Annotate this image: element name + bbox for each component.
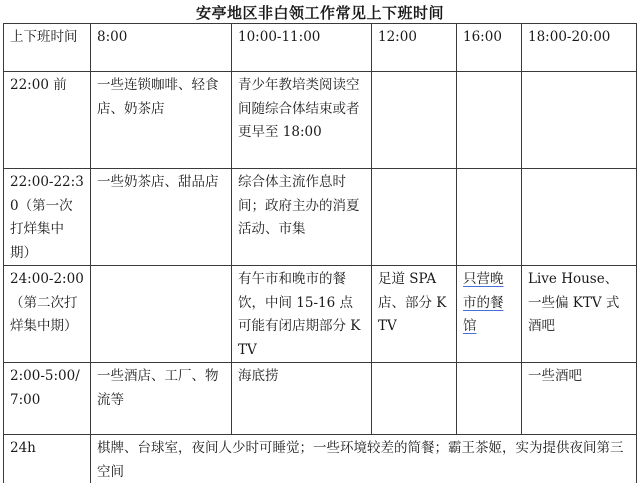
table-cell: 综合体主流作息时间；政府主办的消夏活动、市集 [232, 169, 372, 266]
row-time-cell: 24h [4, 435, 91, 483]
table-cell [457, 72, 522, 169]
table-cell: 有午市和晚市的餐饮，中间 15-16 点可能有闭店期部分 KTV [232, 266, 372, 363]
table-cell [522, 169, 637, 266]
table-header-row: 上下班时间 8:00 10:00-11:00 12:00 16:00 18:00… [4, 24, 637, 72]
row-time-cell: 22:00-22:30（第一次打烊集中期） [4, 169, 91, 266]
header-cell: 18:00-20:00 [522, 24, 637, 72]
row-time-cell: 2:00-5:00/7:00 [4, 363, 91, 435]
header-cell: 上下班时间 [4, 24, 91, 72]
table-cell: 一些酒店、工厂、物流等 [91, 363, 232, 435]
table-cell [372, 72, 457, 169]
table-row: 2:00-5:00/7:00 一些酒店、工厂、物流等 海底捞 一些酒吧 [4, 363, 637, 435]
table-row: 22:00 前 一些连锁咖啡、轻食店、奶茶店 青少年教培类阅读空间随综合体结束或… [4, 72, 637, 169]
merged-cell: 棋牌、台球室，夜间人少时可睡觉；一些环境较差的简餐；霸王茶姬，实为提供夜间第三空… [91, 435, 637, 483]
row-time-cell: 22:00 前 [4, 72, 91, 169]
table-cell [457, 169, 522, 266]
page-title: 安亭地区非白领工作常见上下班时间 [0, 2, 640, 23]
table-cell: 一些连锁咖啡、轻食店、奶茶店 [91, 72, 232, 169]
table-cell: 一些奶茶店、甜品店 [91, 169, 232, 266]
table-cell [91, 266, 232, 363]
row-time-cell: 24:00-2:00（第二次打烊集中期） [4, 266, 91, 363]
table-cell [372, 169, 457, 266]
table-row: 22:00-22:30（第一次打烊集中期） 一些奶茶店、甜品店 综合体主流作息时… [4, 169, 637, 266]
table-cell: 只营晚市的餐馆 [457, 266, 522, 363]
table-cell [457, 363, 522, 435]
table-cell: 一些酒吧 [522, 363, 637, 435]
table-cell [522, 72, 637, 169]
table-row: 24h 棋牌、台球室，夜间人少时可睡觉；一些环境较差的简餐；霸王茶姬，实为提供夜… [4, 435, 637, 483]
header-cell: 8:00 [91, 24, 232, 72]
table-cell: 足道 SPA 店、部分 KTV [372, 266, 457, 363]
table-cell [372, 363, 457, 435]
table-cell: Live House、一些偏 KTV 式酒吧 [522, 266, 637, 363]
header-cell: 16:00 [457, 24, 522, 72]
table-row: 24:00-2:00（第二次打烊集中期） 有午市和晚市的餐饮，中间 15-16 … [4, 266, 637, 363]
schedule-table: 上下班时间 8:00 10:00-11:00 12:00 16:00 18:00… [3, 23, 637, 483]
header-cell: 12:00 [372, 24, 457, 72]
table-cell: 海底捞 [232, 363, 372, 435]
table-cell: 青少年教培类阅读空间随综合体结束或者更早至 18:00 [232, 72, 372, 169]
header-cell: 10:00-11:00 [232, 24, 372, 72]
